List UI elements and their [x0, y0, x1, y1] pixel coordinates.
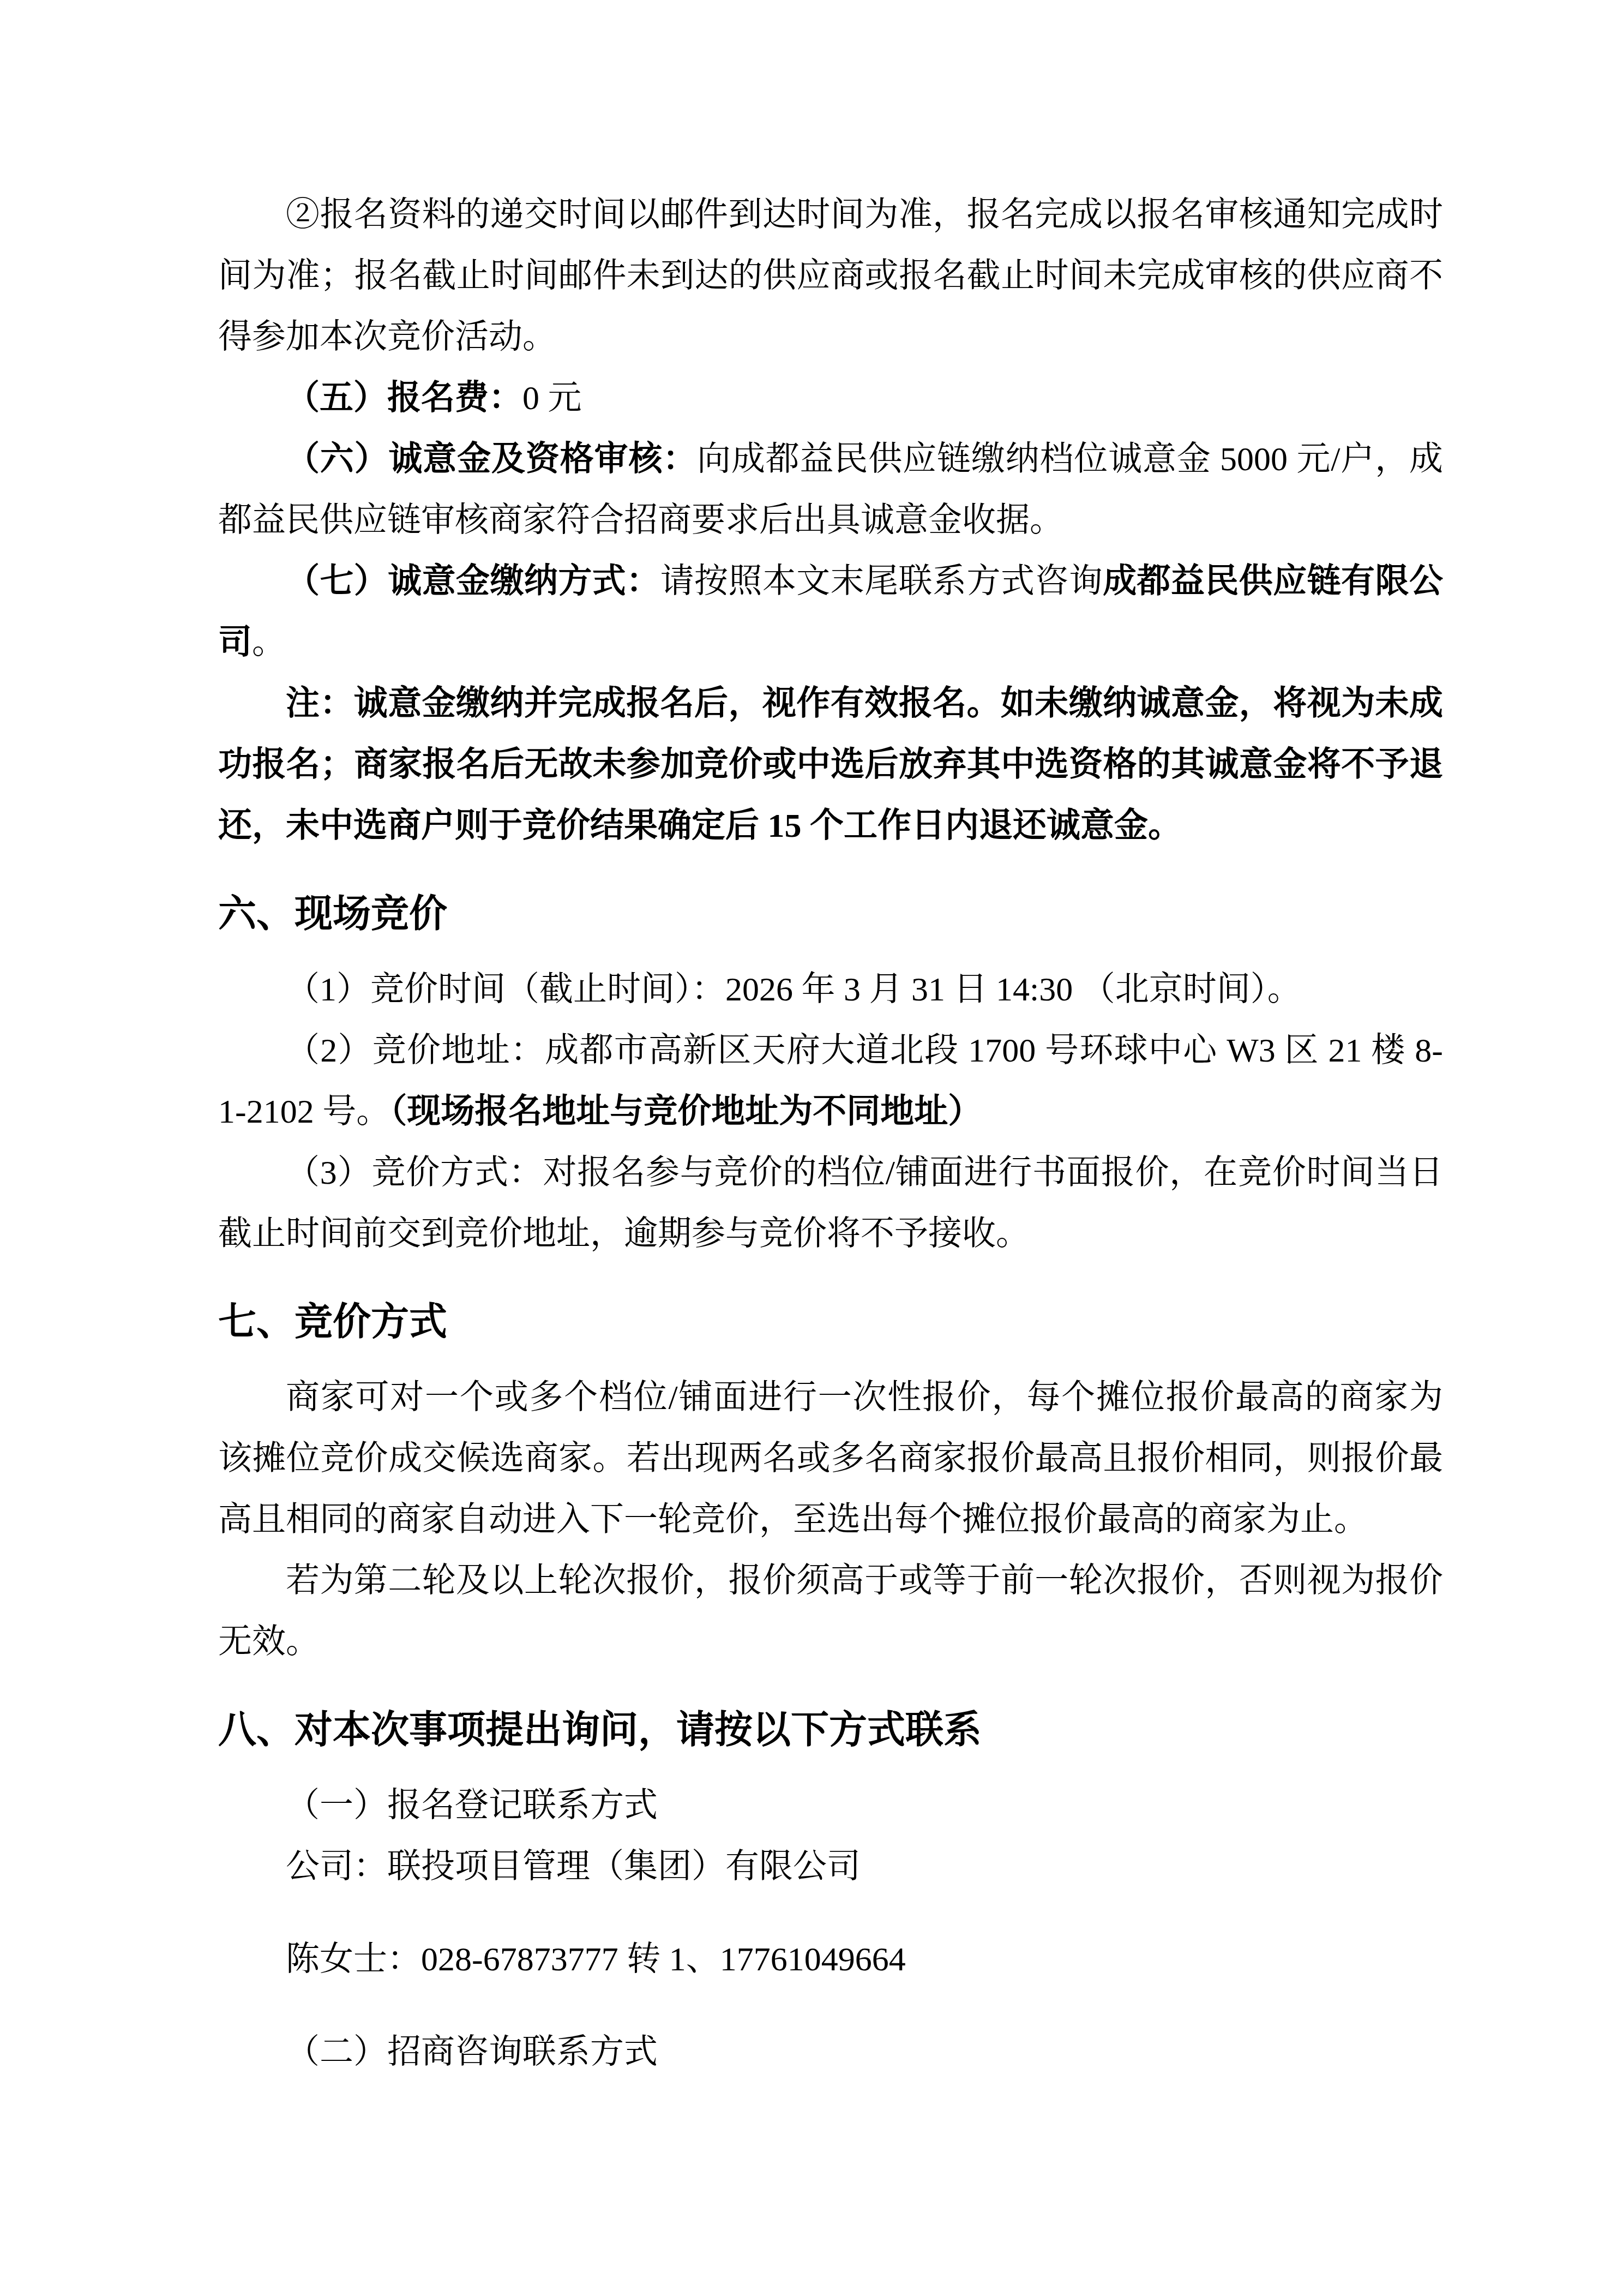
section-heading-contact-text: 八、对本次事项提出询问，请按以下方式联系 — [218, 1708, 982, 1751]
bidding-rules-2-text: 若为第二轮及以上轮次报价，报价须高于或等于前一轮次报价，否则视为报价无效。 — [218, 1562, 1443, 1660]
deposit-payment-period: 。 — [252, 624, 286, 661]
bidding-method-item-text: （3）竞价方式：对报名参与竞价的档位/铺面进行书面报价，在竞价时间当日截止时间前… — [218, 1154, 1443, 1252]
deposit-payment-text: 请按照本文末尾联系方式咨询 — [660, 563, 1103, 600]
paragraph-bidding-rules-1: 商家可对一个或多个档位/铺面进行一次性报价，每个摊位报价最高的商家为该摊位竞价成… — [218, 1367, 1443, 1550]
paragraph-merchant-consult-title: （二）招商咨询联系方式 — [218, 2022, 1443, 2083]
paragraph-registration-contact-phone: 陈女士：028-67873777 转 1、17761049664 — [218, 1929, 1443, 1990]
paragraph-deposit-payment-method: （七）诚意金缴纳方式：请按照本文末尾联系方式咨询成都益民供应链有限公司。 — [218, 551, 1443, 673]
paragraph-submission-time-note: ②报名资料的递交时间以邮件到达时间为准，报名完成以报名审核通知完成时间为准；报名… — [218, 184, 1443, 368]
registration-contact-title-text: （一）报名登记联系方式 — [286, 1787, 658, 1824]
merchant-consult-title-text: （二）招商咨询联系方式 — [286, 2034, 658, 2071]
paragraph-bidding-time: （1）竞价时间（截止时间）：2026 年 3 月 31 日 14:30 （北京时… — [218, 959, 1443, 1020]
paragraph-bidding-rules-2: 若为第二轮及以上轮次报价，报价须高于或等于前一轮次报价，否则视为报价无效。 — [218, 1550, 1443, 1672]
paragraph-registration-contact-title: （一）报名登记联系方式 — [218, 1775, 1443, 1836]
section-heading-bidding-method-text: 七、竞价方式 — [218, 1300, 447, 1343]
bidding-rules-1-text: 商家可对一个或多个档位/铺面进行一次性报价，每个摊位报价最高的商家为该摊位竞价成… — [218, 1379, 1443, 1538]
document-page: ②报名资料的递交时间以邮件到达时间为准，报名完成以报名审核通知完成时间为准；报名… — [0, 0, 1623, 2296]
deposit-note-text: 注：诚意金缴纳并完成报名后，视作有效报名。如未缴纳诚意金，将视为未成功报名；商家… — [218, 685, 1443, 844]
bidding-time-text: （1）竞价时间（截止时间）：2026 年 3 月 31 日 14:30 （北京时… — [286, 971, 1301, 1008]
paragraph-registration-fee: （五）报名费：0 元 — [218, 368, 1443, 429]
deposit-payment-label: （七）诚意金缴纳方式： — [286, 563, 660, 600]
paragraph-deposit-review: （六）诚意金及资格审核：向成都益民供应链缴纳档位诚意金 5000 元/户，成都益… — [218, 429, 1443, 551]
section-heading-bidding-method: 七、竞价方式 — [218, 1290, 1443, 1354]
bidding-address-bold-note: （现场报名地址与竞价地址为不同地址） — [390, 1093, 982, 1130]
paragraph-deposit-note: 注：诚意金缴纳并完成报名后，视作有效报名。如未缴纳诚意金，将视为未成功报名；商家… — [218, 673, 1443, 856]
registration-fee-value: 0 元 — [522, 380, 582, 417]
section-heading-contact: 八、对本次事项提出询问，请按以下方式联系 — [218, 1698, 1443, 1762]
paragraph-registration-contact-company: 公司：联投项目管理（集团）有限公司 — [218, 1836, 1443, 1897]
submission-time-note-text: ②报名资料的递交时间以邮件到达时间为准，报名完成以报名审核通知完成时间为准；报名… — [218, 196, 1443, 356]
deposit-review-label: （六）诚意金及资格审核： — [286, 441, 697, 478]
registration-contact-phone-text: 陈女士：028-67873777 转 1、17761049664 — [286, 1941, 906, 1978]
section-heading-onsite-bidding-text: 六、现场竞价 — [218, 892, 447, 935]
registration-fee-label: （五）报名费： — [286, 380, 522, 417]
section-heading-onsite-bidding: 六、现场竞价 — [218, 882, 1443, 946]
registration-contact-company-text: 公司：联投项目管理（集团）有限公司 — [286, 1848, 861, 1885]
paragraph-bidding-address: （2）竞价地址：成都市高新区天府大道北段 1700 号环球中心 W3 区 21 … — [218, 1020, 1443, 1142]
paragraph-bidding-method-item: （3）竞价方式：对报名参与竞价的档位/铺面进行书面报价，在竞价时间当日截止时间前… — [218, 1142, 1443, 1264]
